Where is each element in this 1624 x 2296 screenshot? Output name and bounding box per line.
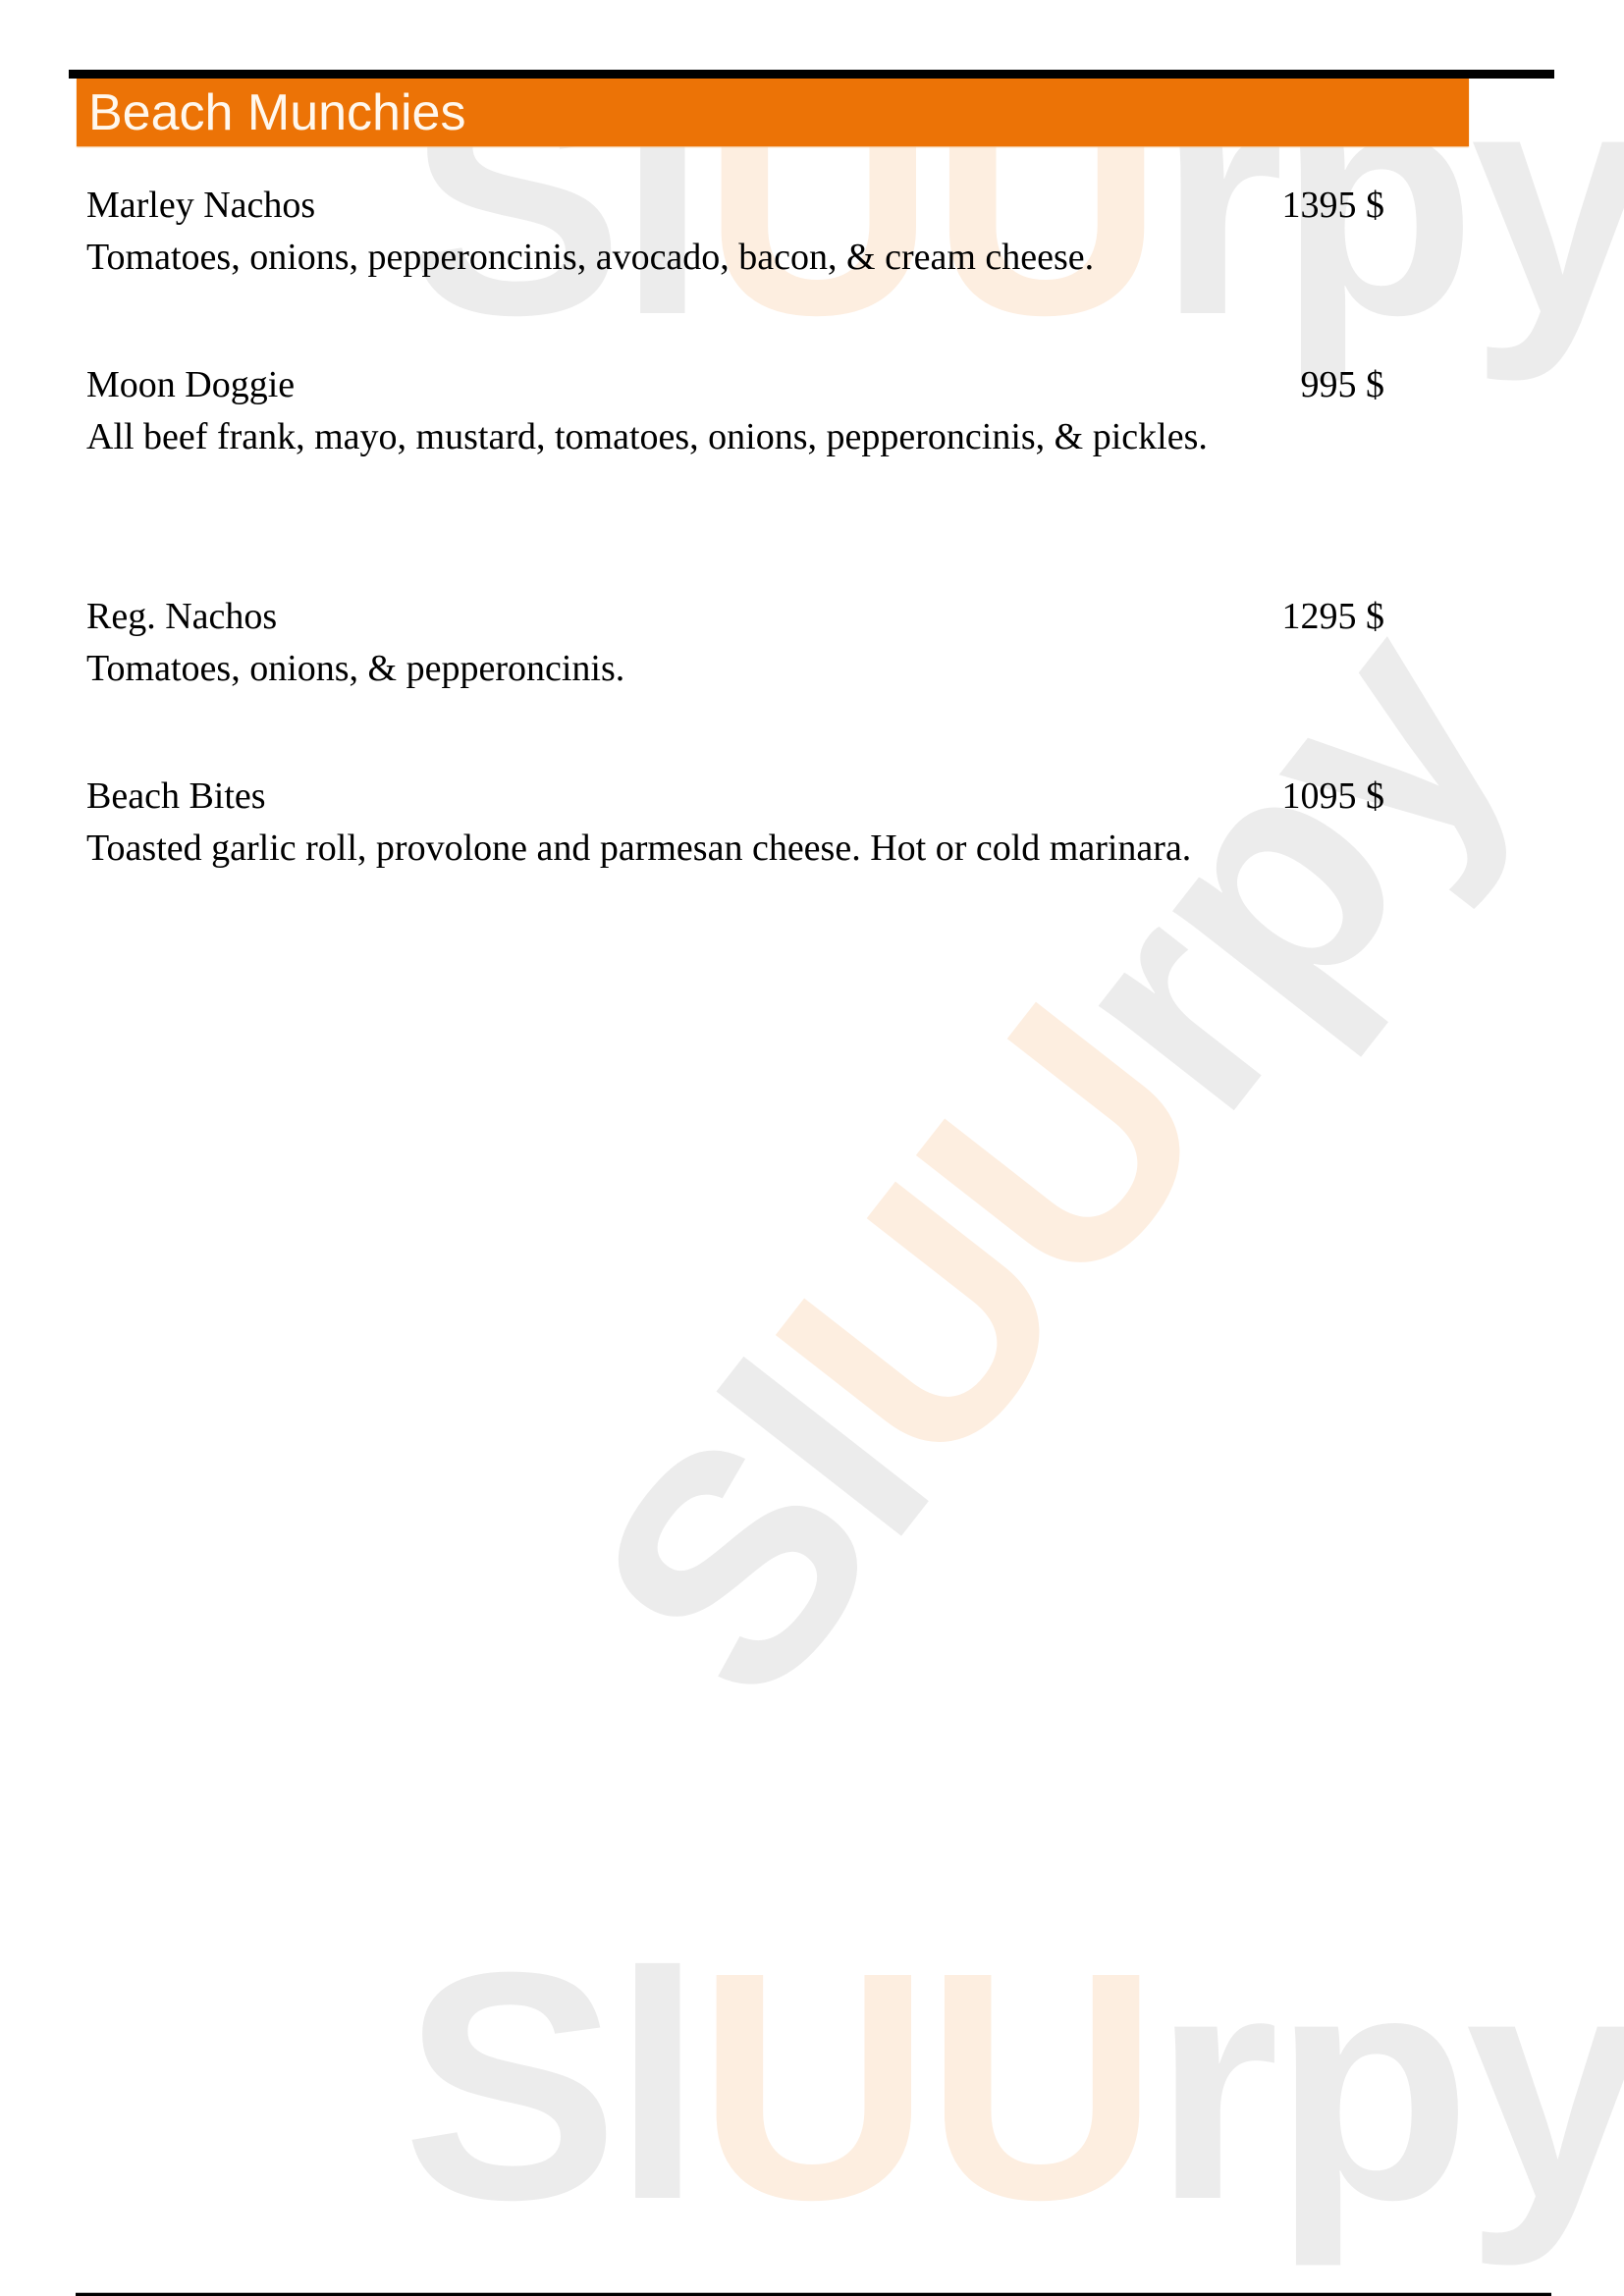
section-header: Beach Munchies xyxy=(77,79,1469,146)
item-name: Marley Nachos xyxy=(86,180,1206,232)
item-name: Reg. Nachos xyxy=(86,591,1206,643)
bottom-divider xyxy=(76,2292,1551,2296)
item-name: Beach Bites xyxy=(86,771,1206,823)
item-price: 1395 $ xyxy=(1282,180,1385,232)
menu-item: Reg. Nachos 1295 $ Tomatoes, onions, & p… xyxy=(86,591,1384,771)
watermark-text: rpy xyxy=(1153,1904,1624,2267)
menu-item: Moon Doggie 995 $ All beef frank, mayo, … xyxy=(86,359,1384,591)
slurpy-watermark-bottom: SlUUrpy xyxy=(403,1924,1624,2248)
menu-items: Marley Nachos 1395 $ Tomatoes, onions, p… xyxy=(86,180,1384,875)
section-title: Beach Munchies xyxy=(88,85,465,140)
item-description: Tomatoes, onions, & pepperoncinis. xyxy=(86,643,1216,695)
item-price: 1095 $ xyxy=(1282,771,1385,823)
watermark-text: Sl xyxy=(403,1904,697,2267)
menu-item: Marley Nachos 1395 $ Tomatoes, onions, p… xyxy=(86,180,1384,359)
item-price: 995 $ xyxy=(1301,359,1385,411)
watermark-accent: UU xyxy=(697,1904,1154,2267)
item-name: Moon Doggie xyxy=(86,359,1206,411)
item-description: Toasted garlic roll, provolone and parme… xyxy=(86,823,1216,875)
top-divider xyxy=(69,70,1554,79)
item-description: Tomatoes, onions, pepperoncinis, avocado… xyxy=(86,232,1216,284)
menu-item: Beach Bites 1095 $ Toasted garlic roll, … xyxy=(86,771,1384,875)
item-price: 1295 $ xyxy=(1282,591,1385,643)
item-description: All beef frank, mayo, mustard, tomatoes,… xyxy=(86,411,1216,463)
